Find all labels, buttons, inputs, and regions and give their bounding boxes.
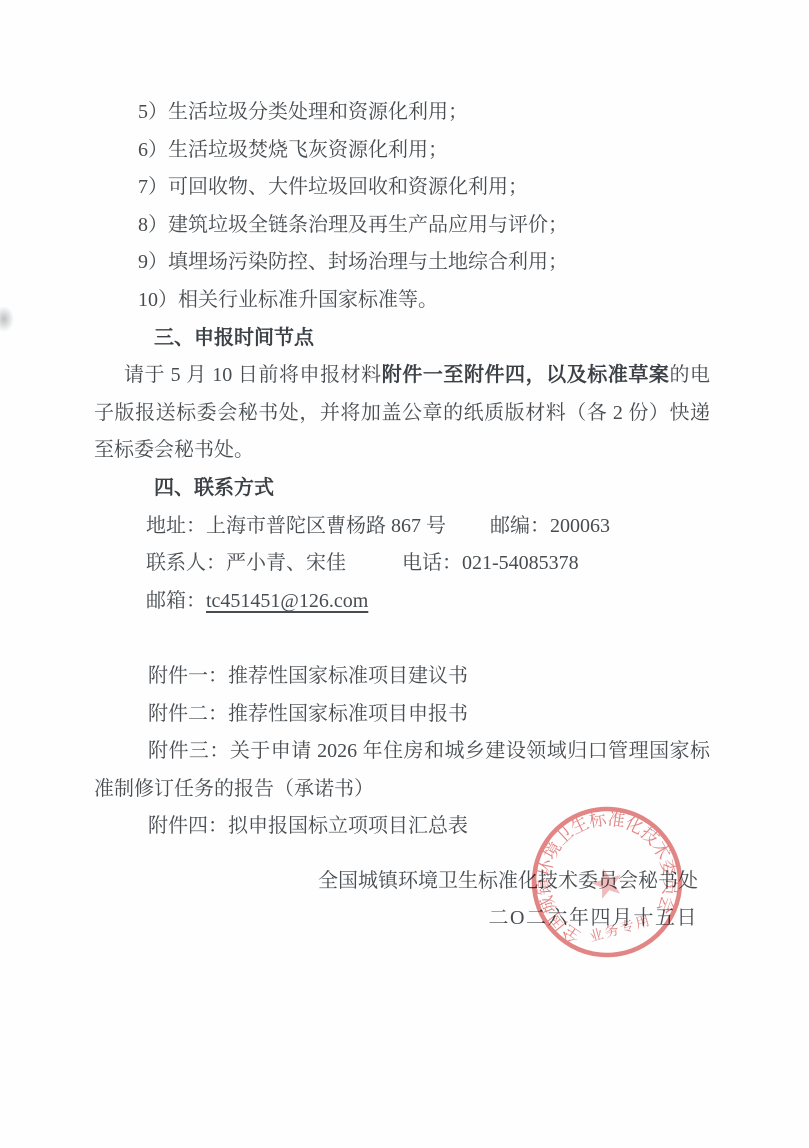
list-item-7: 7）可回收物、大件垃圾回收和资源化利用； <box>94 169 710 207</box>
list-item-9: 9）填埋场污染防控、封场治理与土地综合利用； <box>94 244 710 282</box>
list-item-6: 6）生活垃圾焚烧飞灰资源化利用； <box>94 132 710 170</box>
scan-artifact-smudge <box>0 306 14 332</box>
signature-date: 二O二六年四月十五日 <box>94 900 698 938</box>
list-item-10: 10）相关行业标准升国家标准等。 <box>94 282 710 320</box>
signature-block: 全国城镇环境卫生标准化技术委员会秘书处 二O二六年四月十五日 <box>94 863 710 938</box>
email-label: 邮箱： <box>146 590 206 612</box>
list-item-5: 5）生活垃圾分类处理和资源化利用； <box>94 94 710 132</box>
signature-organization: 全国城镇环境卫生标准化技术委员会秘书处 <box>94 863 698 901</box>
attachment-item-3: 附件三：关于申请 2026 年住房和城乡建设领域归口管理国家标准制修订任务的报告… <box>94 733 710 808</box>
deadline-text-before: 请于 5 月 10 日前将申报材料 <box>124 364 382 386</box>
postcode-value: 邮编：200063 <box>490 515 610 537</box>
deadline-text-bold: 附件一至附件四，以及标准草案 <box>382 364 670 386</box>
document-body: 5）生活垃圾分类处理和资源化利用； 6）生活垃圾焚烧飞灰资源化利用； 7）可回收… <box>94 94 710 938</box>
attachment-item-2: 附件二：推荐性国家标准项目申报书 <box>94 696 710 734</box>
section-heading-contact: 四、联系方式 <box>94 470 710 508</box>
persons-value: 联系人：严小青、宋佳 <box>146 552 346 574</box>
scanned-document-page: 5）生活垃圾分类处理和资源化利用； 6）生活垃圾焚烧飞灰资源化利用； 7）可回收… <box>0 0 809 1148</box>
phone-value: 电话：021-54085378 <box>402 552 579 574</box>
deadline-paragraph: 请于 5 月 10 日前将申报材料附件一至附件四，以及标准草案的电子版报送标委会… <box>94 357 710 470</box>
contact-email-line: 邮箱：tc451451@126.com <box>94 583 710 621</box>
contact-address-line: 地址：上海市普陀区曹杨路 867 号邮编：200063 <box>94 508 710 546</box>
address-value: 地址：上海市普陀区曹杨路 867 号 <box>146 515 446 537</box>
attachment-item-4: 附件四：拟申报国标立项项目汇总表 <box>94 808 710 846</box>
email-link[interactable]: tc451451@126.com <box>206 590 368 612</box>
attachment-item-1: 附件一：推荐性国家标准项目建议书 <box>94 658 710 696</box>
attachments-list: 附件一：推荐性国家标准项目建议书 附件二：推荐性国家标准项目申报书 附件三：关于… <box>94 658 710 846</box>
list-item-8: 8）建筑垃圾全链条治理及再生产品应用与评价； <box>94 207 710 245</box>
section-heading-deadline: 三、申报时间节点 <box>94 320 710 358</box>
contact-persons-line: 联系人：严小青、宋佳电话：021-54085378 <box>94 545 710 583</box>
